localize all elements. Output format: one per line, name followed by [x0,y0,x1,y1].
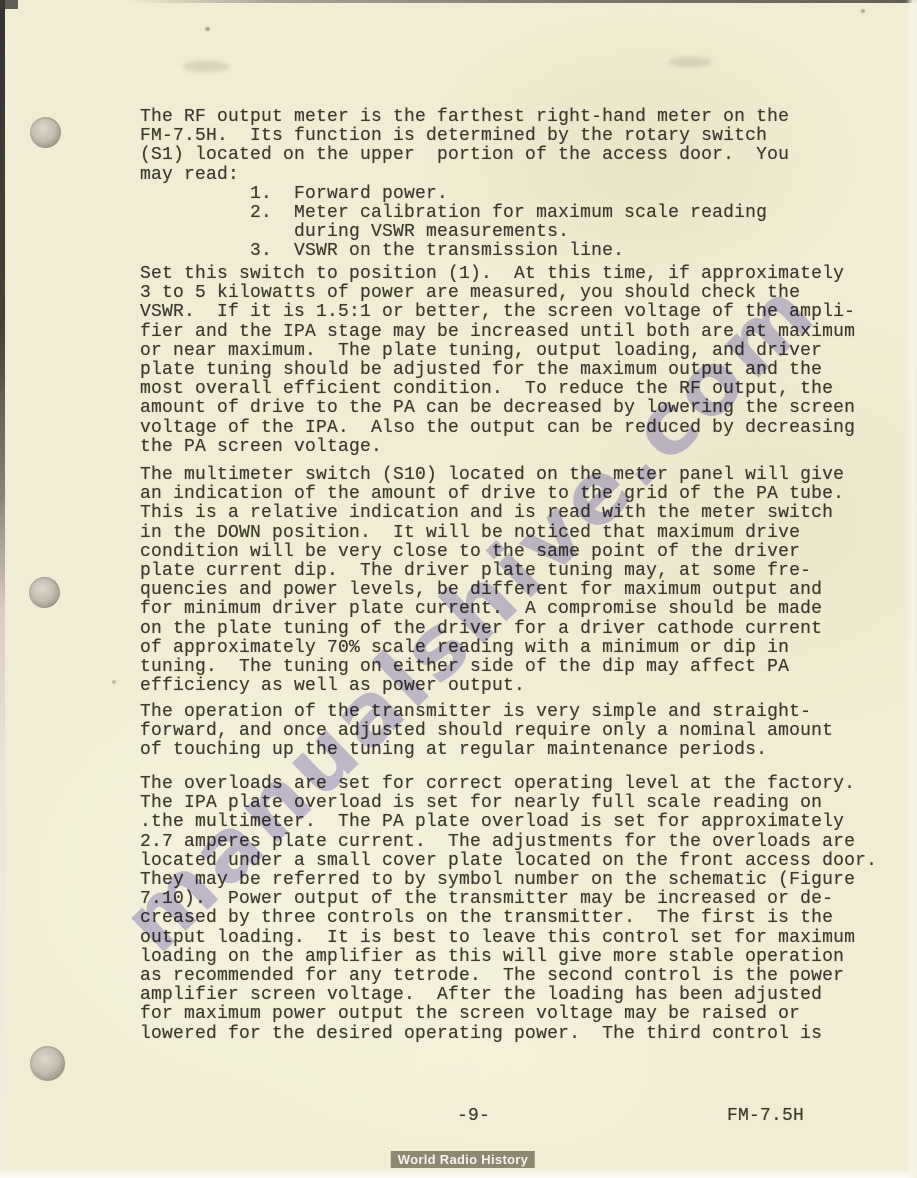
paragraph-rf-output-meter: The RF output meter is the farthest righ… [140,108,789,262]
world-radio-history-badge: World Radio History [391,1151,535,1168]
scan-speck [861,9,865,13]
page-number: -9- [457,1106,490,1126]
punch-hole-bottom [30,1046,65,1081]
scan-smudge [668,57,712,67]
scan-edge-right [906,0,917,1178]
scan-speck [112,680,116,684]
scan-edge-corner [0,0,18,9]
punch-hole-middle [29,577,60,608]
scan-edge-bottom [0,1169,917,1178]
paragraph-multimeter-switch: The multimeter switch (S10) located on t… [140,466,844,696]
paragraph-overloads: The overloads are set for correct operat… [140,775,877,1044]
scan-edge-top [128,0,917,3]
document-reference: FM-7.5H [727,1106,804,1126]
scan-speck [205,27,210,31]
punch-hole-top [30,117,61,148]
paragraph-switch-position: Set this switch to position (1). At this… [140,265,855,457]
paragraph-operation: The operation of the transmitter is very… [140,703,833,761]
scan-edge-left [0,0,5,1178]
scan-smudge [183,61,229,72]
scanned-page: manualshive.com The RF output meter is t… [0,0,917,1178]
